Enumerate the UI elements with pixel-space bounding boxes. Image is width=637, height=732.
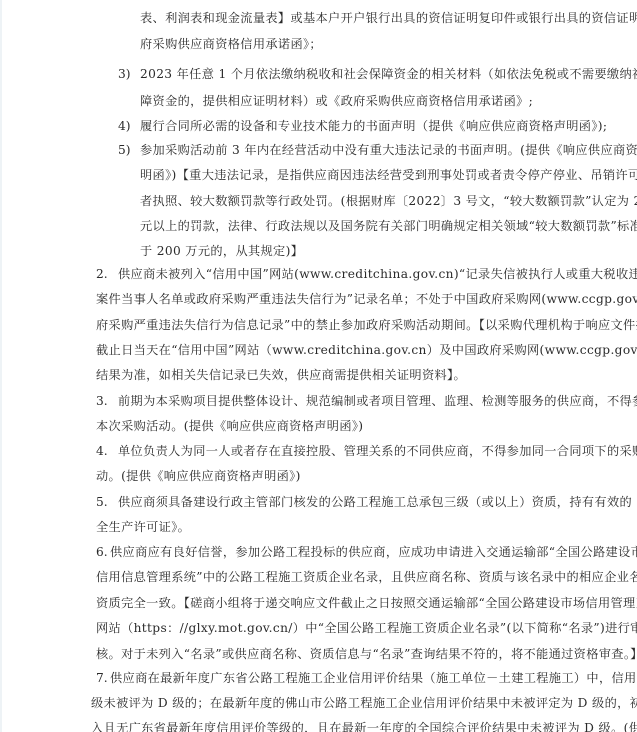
numbered-item-text-line: 结果为准，如相关失信记录已失效，供应商需提供相关证明资料】。 [96, 367, 466, 383]
numbered-item-text-line: 资质完全一致。【磋商小组将于递交响应文件截止之日按照交通运输部“全国公路建设市场… [96, 595, 637, 611]
numbered-item-text-line: 全生产许可证》。 [96, 519, 190, 535]
sub-item-label: 3) [118, 66, 131, 82]
sub-item-label: 5) [118, 142, 131, 158]
page-edge [0, 0, 2, 732]
document-page: 表、利润表和现金流量表】或基本户开户银行出具的资信证明复印件或银行出具的资信证明… [0, 0, 637, 732]
numbered-item-label: 7. [96, 670, 108, 686]
sub-item-text-line: 障资金的，提供相应证明材料）或《政府采购供应商资格信用承诺函》; [140, 93, 533, 109]
numbered-item-label: 2. [96, 266, 108, 282]
numbered-item-text-line: 截止日当天在“信用中国”网站（www.creditchina.gov.cn）及中… [96, 342, 637, 358]
numbered-item-text-line: 供应商在最新年度广东省公路工程施工企业信用评价结果（施工单位－土建工程施工）中，… [110, 670, 637, 686]
numbered-item-text-line: 级未被评为 D 级的；在最新年度的佛山市公路工程施工企业信用评价结果中未被评定为… [91, 695, 637, 711]
sub-item-label: 4) [118, 118, 131, 134]
numbered-item-text-line: 核。对于未列入“名录”或供应商名称、资质信息与“名录”查询结果不符的，将不能通过… [96, 646, 637, 662]
numbered-item-text-line: 入且无广东省最新年度信用评价等级的，且在最新一年度的全国综合评价结果中未被评为 … [91, 720, 637, 732]
numbered-item-label: 6. [96, 544, 108, 560]
numbered-item-label: 3. [96, 393, 108, 409]
sub-item-text-line: 表、利润表和现金流量表】或基本户开户银行出具的资信证明复印件或银行出具的资信证明… [140, 10, 637, 26]
numbered-item-text-line: 供应商未被列入“信用中国”网站(www.creditchina.gov.cn)“… [118, 266, 637, 282]
numbered-item-text-line: 前期为本采购项目提供整体设计、规范编制或者项目管理、监理、检测等服务的供应商，不… [118, 393, 637, 409]
numbered-item-text-line: 网站（https：//glxy.mot.gov.cn/）中“全国公路工程施工资质… [96, 620, 637, 636]
numbered-item-label: 5. [96, 494, 108, 510]
numbered-item-text-line: 案件当事人名单或政府采购严重违法失信行为”记录名单；不处于中国政府采购网(www… [96, 291, 637, 307]
sub-item-text-line: 2023 年任意 1 个月依法缴纳税收和社会保障资金的相关材料（如依法免税或不需… [140, 66, 637, 82]
numbered-item-text-line: 府采购严重违法失信行为信息记录”中的禁止参加政府采购活动期间。【以采购代理机构于… [96, 317, 637, 333]
numbered-item-text-line: 供应商应有良好信誉，参加公路工程投标的供应商，应成功申请进入交通运输部“全国公路… [110, 544, 637, 560]
numbered-item-label: 4. [96, 443, 108, 459]
sub-item-text-line: 者执照、较大数额罚款等行政处罚。(根据财库〔2022〕3 号文，“较大数额罚款”… [140, 193, 637, 209]
sub-item-text-line: 元以上的罚款，法律、行政法规以及国务院有关部门明确规定相关领域“较大数额罚款”标… [140, 218, 637, 234]
numbered-item-text-line: 单位负责人为同一人或者存在直接控股、管理关系的不同供应商，不得参加同一合同项下的… [118, 443, 637, 459]
sub-item-text-line: 履行合同所必需的设备和专业技术能力的书面声明（提供《响应供应商资格声明函》); [140, 118, 607, 134]
numbered-item-text-line: 动。(提供《响应供应商资格声明函》) [96, 468, 301, 484]
sub-item-text-line: 于 200 万元的，从其规定)】 [140, 243, 303, 259]
numbered-item-text-line: 本次采购活动。(提供《响应供应商资格声明函》) [96, 418, 363, 434]
sub-item-text-line: 明函》)【重大违法记录，是指供应商因违法经营受到刑事处罚或者责令停产停业、吊销许… [140, 167, 637, 183]
numbered-item-text-line: 供应商须具备建设行政主管部门核发的公路工程施工总承包三级（或以上）资质，持有有效… [118, 494, 637, 510]
sub-item-text-line: 参加采购活动前 3 年内在经营活动中没有重大违法记录的书面声明。(提供《响应供应… [140, 142, 637, 158]
numbered-item-text-line: 信用信息管理系统”中的公路工程施工资质企业名录，且供应商名称、资质与该名录中的相… [96, 569, 637, 585]
sub-item-text-line: 府采购供应商资格信用承诺函》； [140, 36, 322, 52]
